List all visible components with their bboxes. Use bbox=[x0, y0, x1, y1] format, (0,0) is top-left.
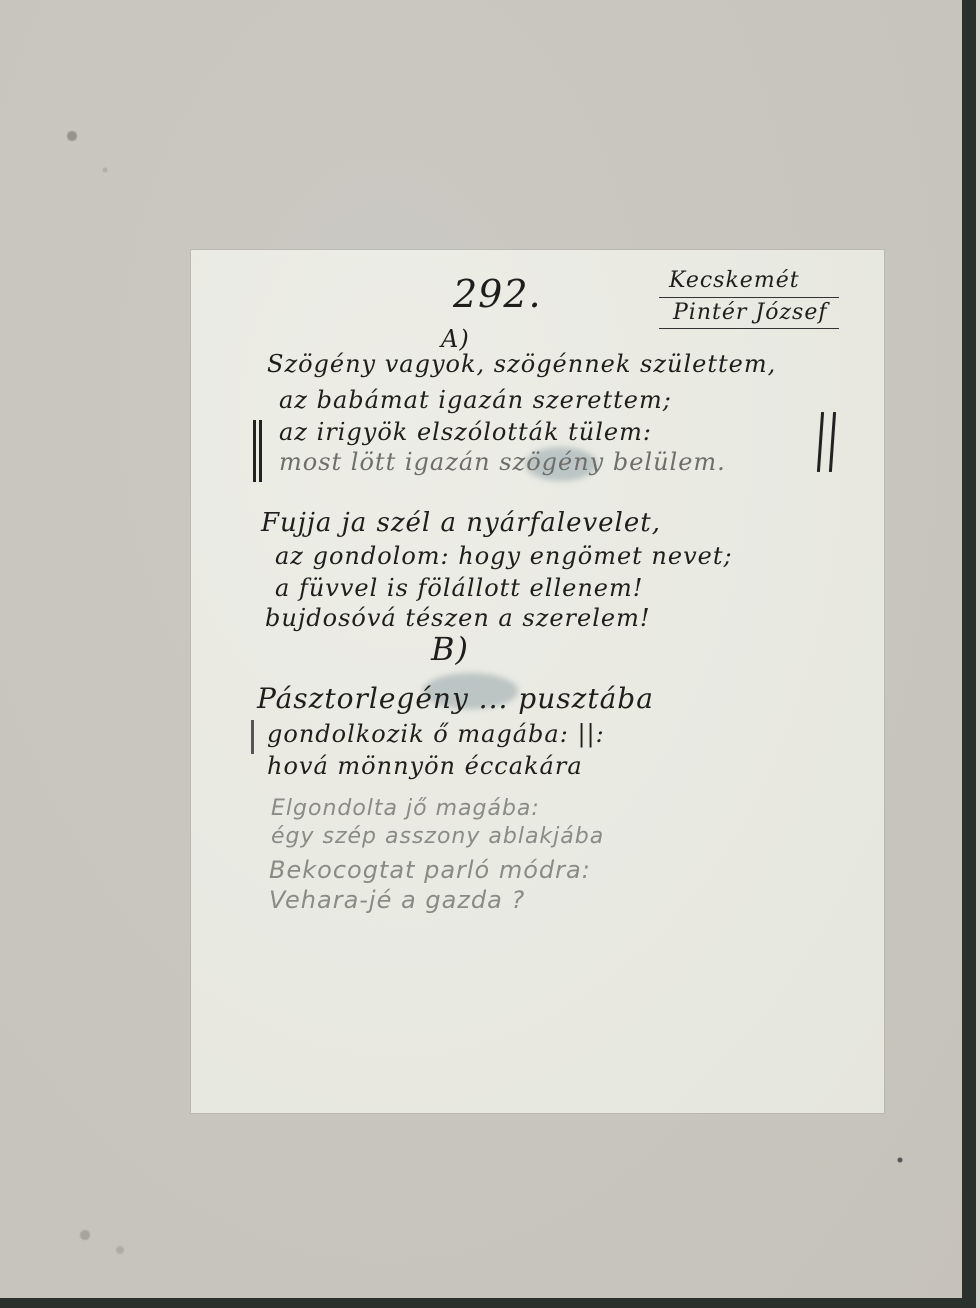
pencil-verse-line: Bekocogtat parló módra: bbox=[269, 856, 591, 884]
section-label: A) bbox=[441, 325, 470, 353]
verse-line: a füvvel is fölállott ellenem! bbox=[275, 574, 643, 602]
verse-line: Szögény vagyok, szögénnek születtem, bbox=[267, 350, 776, 378]
verse-line: gondolkozik ő magába: ||: bbox=[267, 720, 605, 748]
place-name: Kecskemét bbox=[669, 268, 800, 293]
verse-line: Pásztorlegény ... pusztába bbox=[257, 682, 654, 715]
repeat-bar bbox=[251, 720, 254, 754]
manuscript-sheet: 292. Kecskemét Pintér József A) Szögény … bbox=[191, 250, 884, 1113]
repeat-bar bbox=[817, 412, 824, 472]
collector-name: Pintér József bbox=[673, 300, 828, 325]
pencil-verse-line: Vehara-jé a gazda ? bbox=[269, 886, 525, 914]
song-number: 292. bbox=[453, 272, 542, 316]
header-rule bbox=[659, 297, 839, 298]
pencil-verse-line: égy szép asszony ablakjába bbox=[271, 824, 604, 849]
pencil-verse-line: Elgondolta jő magába: bbox=[271, 796, 540, 821]
header-rule bbox=[659, 328, 839, 329]
verse-line: az gondolom: hogy engömet nevet; bbox=[275, 542, 733, 570]
verse-line: hová mönnyön éccakára bbox=[267, 752, 583, 780]
repeat-bar bbox=[259, 420, 262, 482]
section-label: B) bbox=[431, 630, 469, 668]
verse-line: Fujja ja szél a nyárfalevelet, bbox=[261, 508, 661, 538]
verse-line: most lött igazán szögény belülem. bbox=[279, 448, 726, 476]
verse-line: az babámat igazán szerettem; bbox=[279, 386, 672, 414]
repeat-bar bbox=[253, 420, 256, 482]
verse-line: bujdosóvá tészen a szerelem! bbox=[265, 604, 651, 632]
verse-line: az irigyök elszólották tülem: bbox=[279, 418, 652, 446]
repeat-bar bbox=[829, 412, 836, 472]
scan-edge bbox=[976, 0, 980, 1308]
